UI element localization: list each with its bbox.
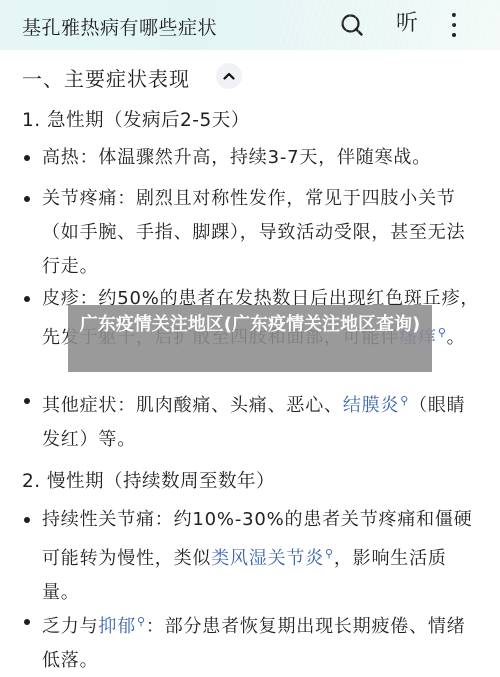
bullet-icon [24, 517, 30, 523]
item-label: 关节疼痛： [42, 188, 136, 209]
item-text: 体温骤然升高，持续3-7天，伴随寒战。 [98, 147, 431, 168]
item-text: 肌肉酸痛、头痛、恶心、 [136, 395, 343, 416]
listen-button[interactable]: 听 [396, 10, 418, 38]
item-label: 持续性关节痛： [42, 509, 174, 530]
search-icon[interactable] [340, 13, 364, 37]
list-item: 其他症状：肌肉酸痛、头痛、恶心、结膜炎⚲（眼睛发红）等。 [42, 384, 482, 457]
list-item: 高热：体温骤然升高，持续3-7天，伴随寒战。 [42, 141, 482, 175]
collapse-button[interactable] [216, 63, 242, 89]
list-item: 关节疼痛：剧烈且对称性发作，常见于四肢小关节（如手腕、手指、脚踝），导致活动受限… [42, 182, 482, 284]
item-label: 高热： [42, 147, 98, 168]
search-icon[interactable]: ⚲ [400, 394, 409, 407]
section-title: 一、主要症状表现 [22, 63, 190, 92]
list-item: 乏力与抑郁⚲：部分患者恢复期出现长期疲倦、情绪低落。 [42, 605, 482, 677]
item-label: 乏力与 [42, 616, 98, 637]
bullet-icon [24, 619, 30, 625]
bullet-icon [24, 196, 30, 202]
search-icon[interactable]: ⚲ [438, 326, 447, 339]
link-rheumatoid-arthritis[interactable]: 类风湿关节炎 [211, 548, 324, 569]
chevron-up-icon [223, 72, 235, 80]
list-item: 持续性关节痛：约10%-30%的患者关节疼痛和僵硬可能转为慢性，类似类风湿关节炎… [42, 503, 482, 610]
more-icon[interactable] [450, 13, 458, 39]
link-depression[interactable]: 抑郁 [98, 616, 136, 637]
bullet-icon [24, 155, 30, 161]
search-icon[interactable]: ⚲ [137, 615, 146, 628]
watermark-overlay: 广东疫情关注地区(广东疫情关注地区查询) [68, 305, 432, 372]
bullet-icon [24, 296, 30, 302]
bullet-icon [24, 398, 30, 404]
page-title: 基孔雅热病有哪些症状 [22, 13, 217, 40]
search-icon[interactable]: ⚲ [325, 547, 334, 560]
phase-title-chronic: 2. 慢性期（持续数周至数年） [22, 467, 275, 493]
top-bar: 基孔雅热病有哪些症状 听 [0, 0, 500, 50]
link-conjunctivitis[interactable]: 结膜炎 [343, 395, 399, 416]
item-label: 其他症状： [42, 395, 136, 416]
phase-title-acute: 1. 急性期（发病后2-5天） [22, 106, 250, 132]
